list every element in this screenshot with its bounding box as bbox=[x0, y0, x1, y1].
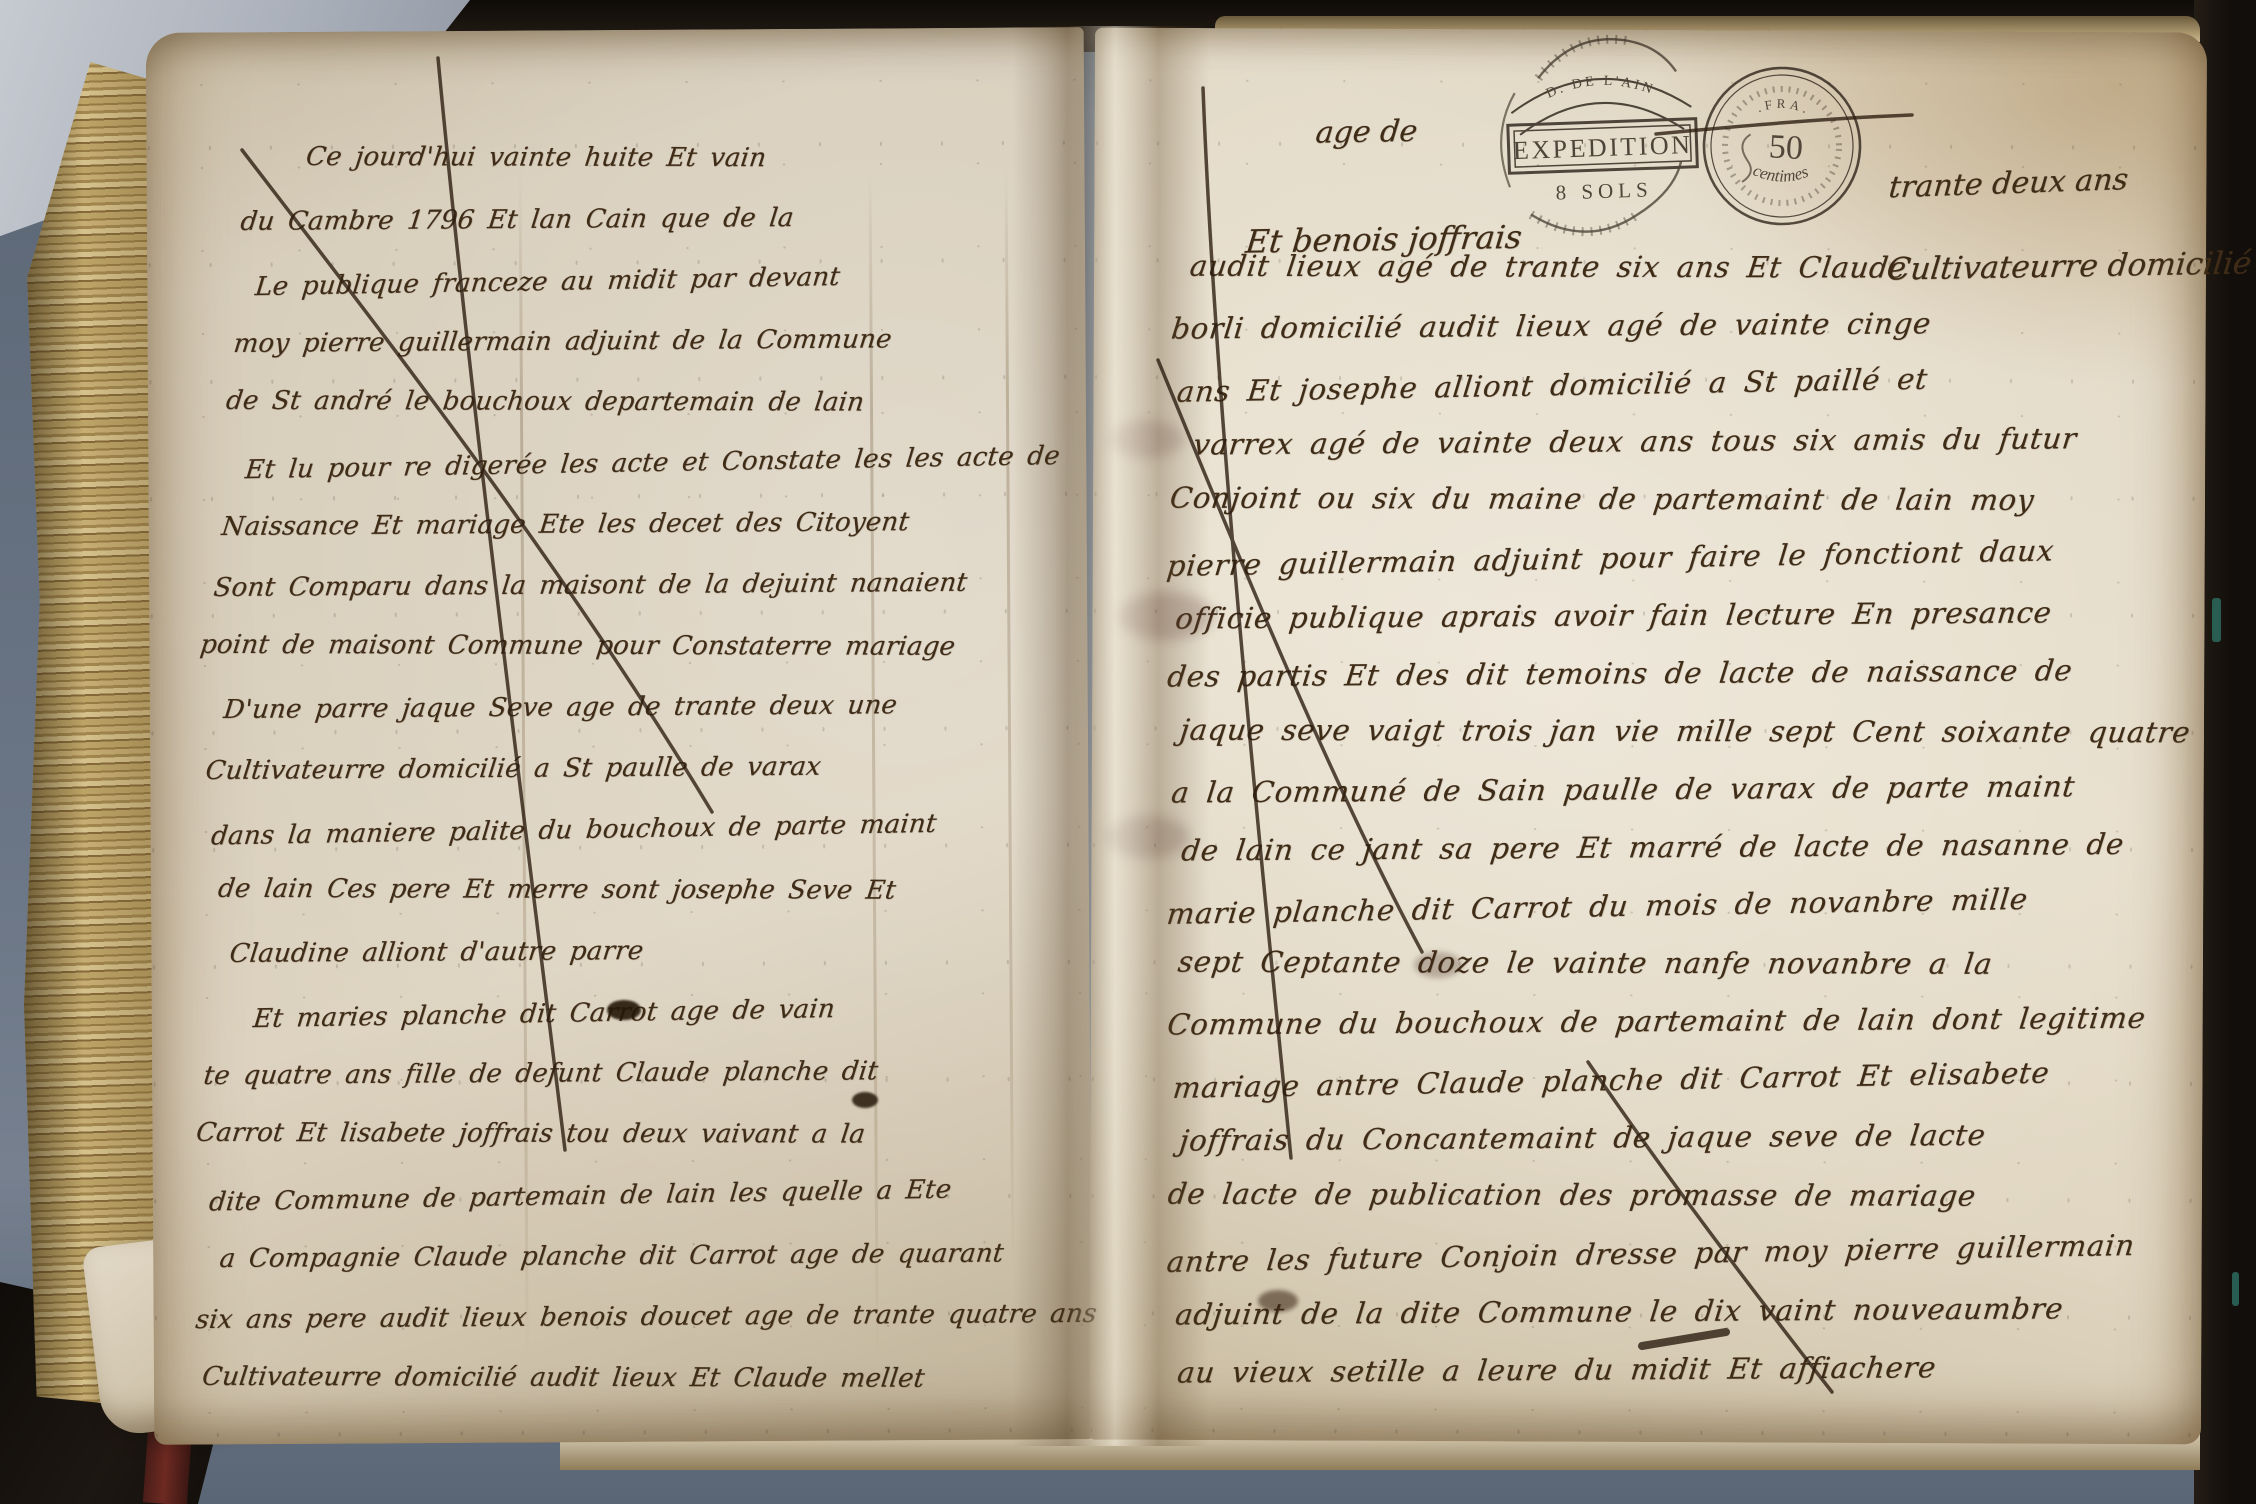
manuscript-line: D'une parre jaque Seve age de trante deu… bbox=[220, 674, 1080, 741]
manuscript-line: dite Commune de partemain de lain les qu… bbox=[206, 1157, 1080, 1233]
ink-blot bbox=[852, 1092, 878, 1108]
manuscript-line: Et lu pour re digerée les acte et Consta… bbox=[242, 426, 1080, 501]
stamp-banner-text: D. DE L'AIN bbox=[1544, 72, 1658, 102]
manuscript-line: Cultivateurre domicilié a St paulle de v… bbox=[202, 735, 1080, 802]
cover-fabric-accent bbox=[2212, 598, 2221, 642]
manuscript-line: Le publique franceze au midit par devant bbox=[252, 243, 1080, 318]
stamp-value: 50 bbox=[1768, 128, 1804, 167]
manuscript-line: Sont Comparu dans la maisont de la dejui… bbox=[210, 552, 1080, 619]
manuscript-line: Et maries planche dit Carrot age de vain bbox=[250, 975, 1080, 1050]
manuscript-line: a Compagnie Claude planche dit Carrot ag… bbox=[216, 1223, 1080, 1290]
manuscript-line: dans la maniere palite du bouchoux de pa… bbox=[208, 791, 1080, 867]
ink-blot bbox=[1258, 1290, 1298, 1312]
manuscript-line: Claudine alliont d'autre parre bbox=[226, 918, 1080, 985]
manuscript-line: de lain Ces pere Et merre sont josephe S… bbox=[214, 859, 1079, 922]
manuscript-line: point de maisont Commune pour Constaterr… bbox=[196, 615, 1079, 678]
manuscript-line: de St andré le bouchoux departemain de l… bbox=[222, 371, 1079, 434]
manuscript-line: sept Ceptante doze le vainte nanfe novan… bbox=[1175, 933, 2192, 994]
manuscript-line: de lacte de publication des promasse de … bbox=[1165, 1165, 2192, 1226]
cover-fabric-accent bbox=[2232, 1272, 2239, 1306]
right-page-text: audit lieux agé de trante six ans Et Cla… bbox=[1168, 238, 2188, 1398]
manuscript-line: au vieux setille a leure du midit Et aff… bbox=[1174, 1336, 2192, 1401]
stamp-country-text: .FRA. bbox=[1754, 94, 1814, 117]
manuscript-line: des partis Et des dit temoins de lacte d… bbox=[1164, 640, 2192, 705]
manuscript-photo: Ce jourd'hui vainte huite Et vaindu Camb… bbox=[0, 0, 2256, 1504]
manuscript-line: du Cambre 1796 Et lan Cain que de la bbox=[237, 186, 1080, 253]
manuscript-line: Ce jourd'hui vainte huite Et vain bbox=[302, 127, 1079, 190]
stamp-denomination: 8 SOLS bbox=[1555, 177, 1653, 204]
manuscript-line: jaque seve vaigt trois jan vie mille sep… bbox=[1177, 701, 2192, 762]
ink-blot bbox=[607, 1000, 641, 1020]
fifty-centimes-stamp: .FRA. 50 centimes bbox=[1685, 49, 1878, 242]
manuscript-line: moy pierre guillermain adjuint de la Com… bbox=[230, 308, 1080, 375]
left-page-text: Ce jourd'hui vainte huite Et vaindu Camb… bbox=[196, 128, 1076, 1409]
manuscript-line: a la Communé de Sain paulle de varax de … bbox=[1168, 756, 2192, 821]
manuscript-line: officie publique aprais avoir fain lectu… bbox=[1172, 582, 2192, 647]
manuscript-line: Carrot Et lisabete joffrais tou deux vai… bbox=[192, 1103, 1079, 1166]
manuscript-line: Cultivateurre domicilié audit lieux Et C… bbox=[198, 1347, 1079, 1410]
manuscript-line: varrex agé de vainte deux ans tous six a… bbox=[1190, 409, 2192, 474]
manuscript-line: six ans pere audit lieux benois doucet a… bbox=[192, 1284, 1080, 1351]
ink-smudge bbox=[1118, 592, 1214, 640]
ink-smudge bbox=[1106, 816, 1190, 858]
ink-smudge bbox=[1414, 952, 1462, 978]
manuscript-line: Naissance Et mariage Ete les decet des C… bbox=[218, 491, 1080, 558]
manuscript-line: joffrais du Concantemaint de jaque seve … bbox=[1176, 1104, 2192, 1169]
manuscript-line: Conjoint ou six du maine de partemaint d… bbox=[1167, 469, 2192, 530]
manuscript-line: te quatre ans fille de defunt Claude pla… bbox=[200, 1040, 1080, 1107]
stamp-title: EXPEDITION bbox=[1512, 130, 1692, 165]
manuscript-line: adjuint de la dite Commune le dix vaint … bbox=[1172, 1278, 2192, 1343]
ink-smudge bbox=[1110, 420, 1184, 458]
